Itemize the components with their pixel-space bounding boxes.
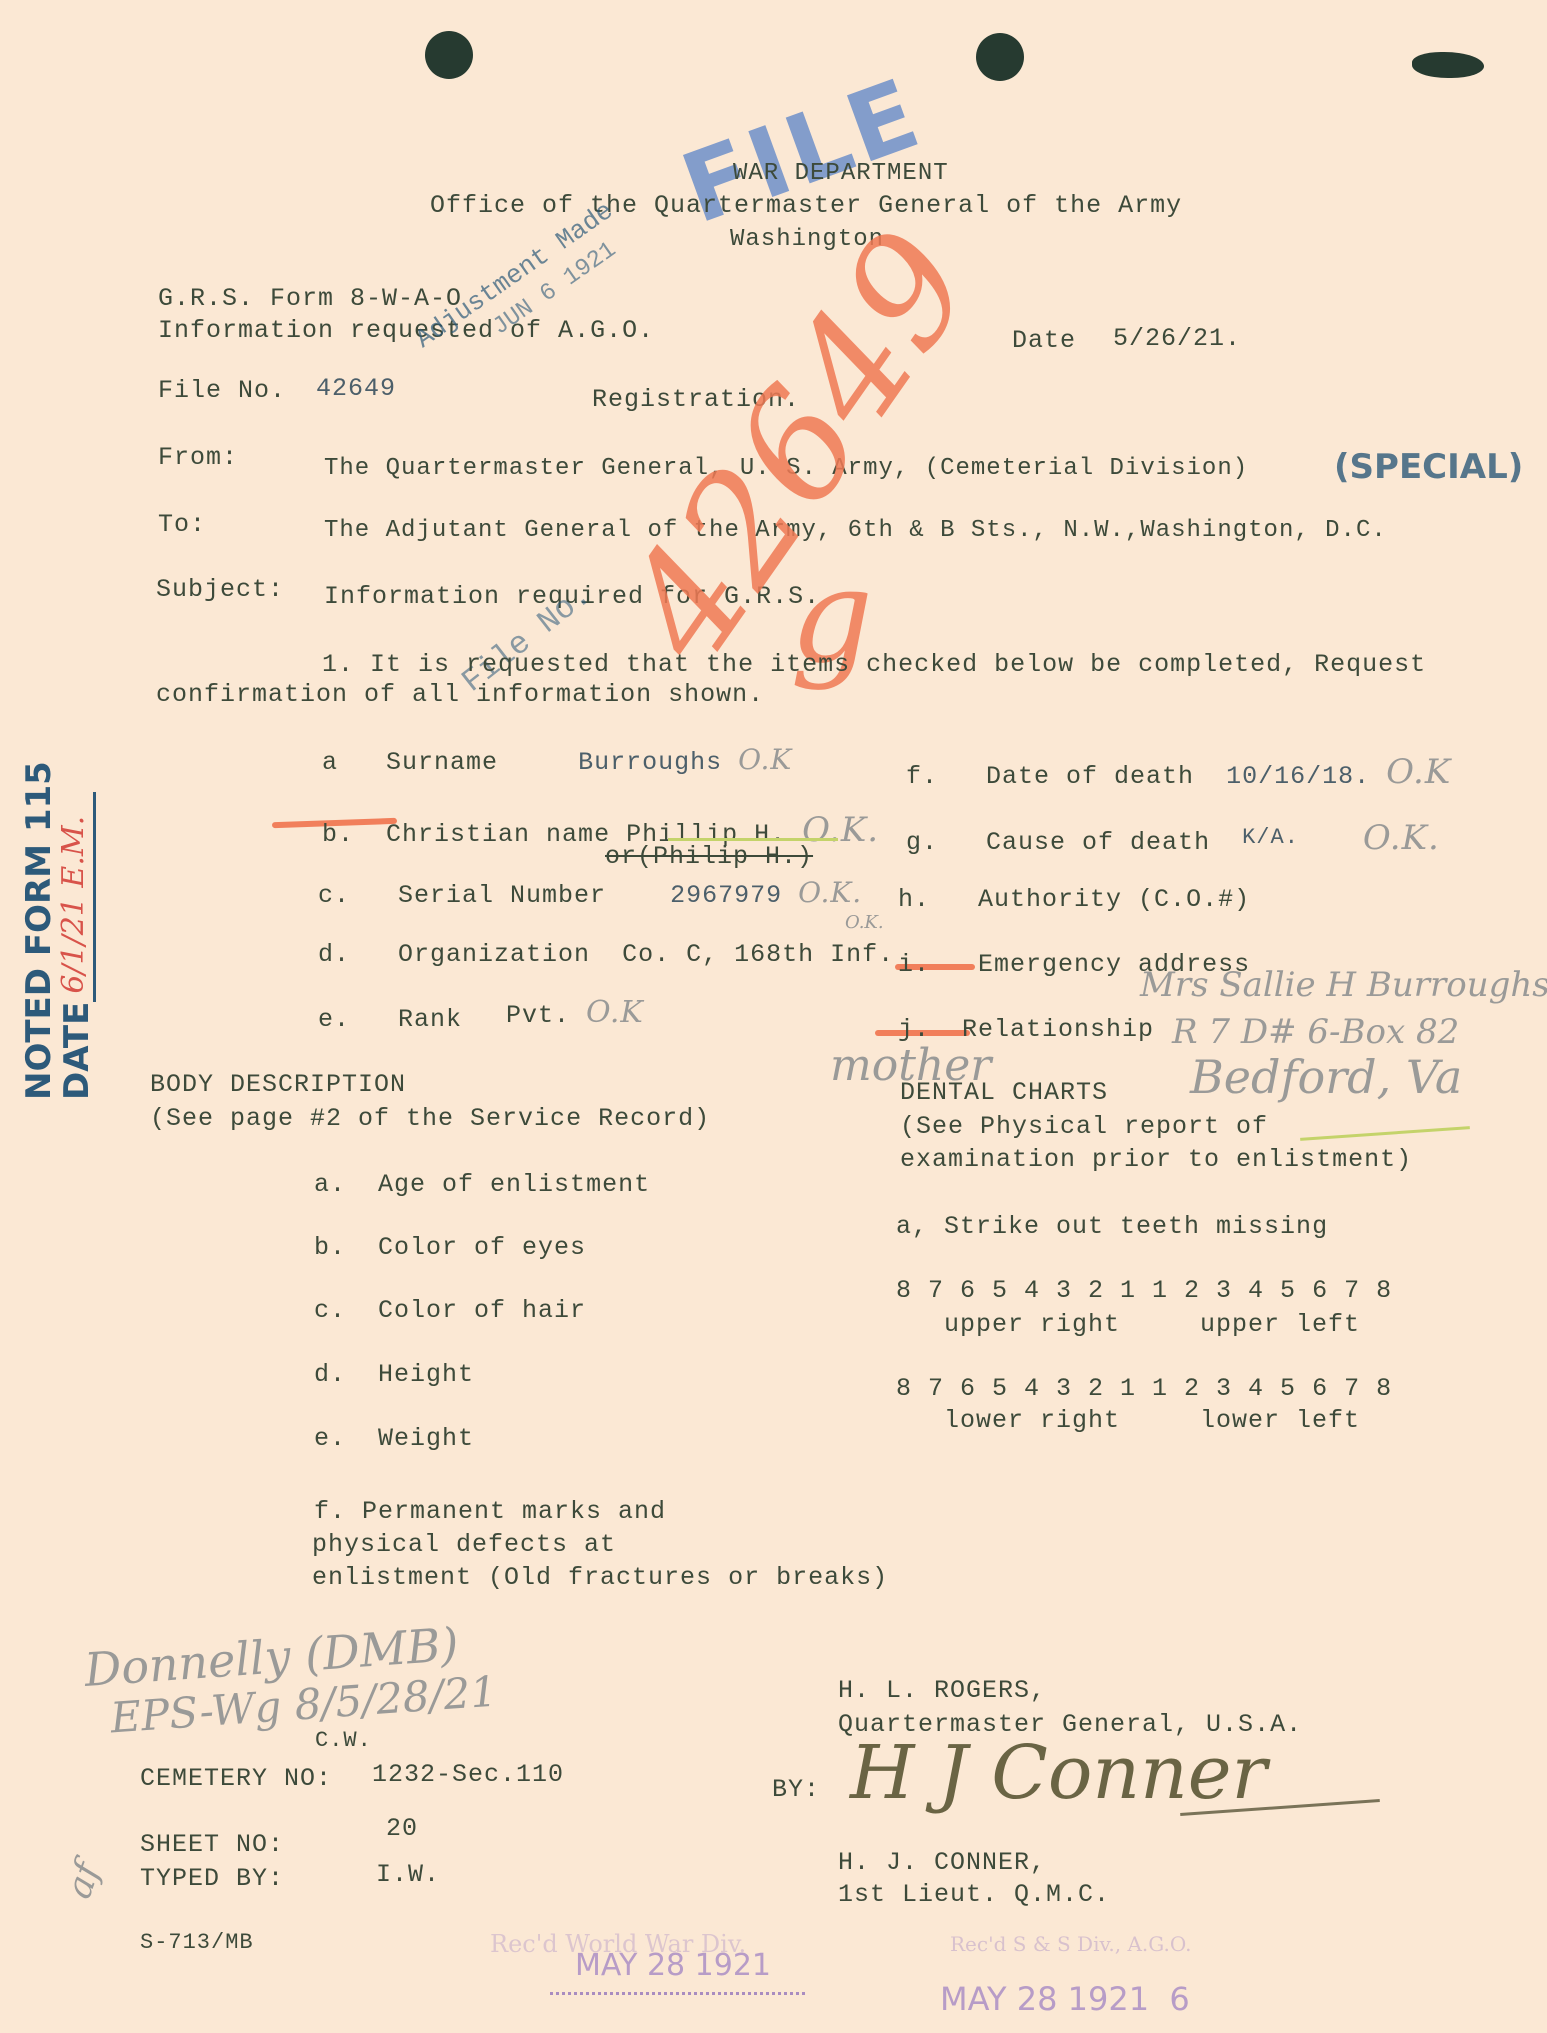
date-label: Date — [1012, 326, 1076, 355]
dental-subtitle-line-1: (See Physical report of — [900, 1112, 1268, 1141]
recd-world-war-stamp-date: MAY 28 1921 — [575, 1948, 771, 1983]
dental-instruction: a, Strike out teeth missing — [896, 1212, 1328, 1241]
body-description-subtitle: (See page #2 of the Service Record) — [150, 1104, 710, 1133]
reference-code: S-713/MB — [140, 1930, 254, 1955]
file-no-value: 42649 — [316, 374, 396, 403]
item-label: Organization — [398, 940, 590, 969]
item-label: Age of enlistment — [378, 1170, 650, 1199]
initials-mark: af — [58, 1857, 108, 1904]
item-authority: h. Authority (C.O.#) — [898, 885, 1250, 914]
form-id: G.R.S. Form 8-W-A-O — [158, 284, 462, 313]
to-label: To: — [158, 510, 206, 539]
ok-check: O.K. — [798, 876, 862, 909]
item-label: Date of death — [986, 762, 1194, 791]
item-label: Weight — [378, 1424, 474, 1453]
department-title: WAR DEPARTMENT — [733, 160, 949, 187]
item-letter: b. — [322, 820, 354, 849]
item-rank: e. Rank — [318, 1005, 462, 1034]
paragraph-1-line-1: 1. It is requested that the items checke… — [322, 650, 1426, 679]
item-surname: a Surname Burroughs O.K — [322, 743, 792, 777]
typed-by-value: I.W. — [376, 1860, 440, 1889]
noted-date-line: 6/1/21 E.M. — [93, 792, 96, 1002]
agent-title: 1st Lieut. Q.M.C. — [838, 1880, 1110, 1909]
item-letter: h. — [898, 885, 930, 914]
address-city: Bedford, Va — [1190, 1050, 1462, 1104]
organization-value: Co. C, 168th Inf. — [622, 940, 894, 969]
item-letter: c. — [318, 881, 350, 910]
special-stamp: (SPECIAL) — [1334, 447, 1523, 487]
body-item-hair: c. Color of hair — [314, 1296, 586, 1325]
ink-blot — [1412, 52, 1484, 78]
item-label: Color of hair — [378, 1296, 586, 1325]
dental-title: DENTAL CHARTS — [900, 1078, 1108, 1107]
ok-check: O.K. — [802, 810, 879, 850]
body-description-title: BODY DESCRIPTION — [150, 1070, 406, 1099]
body-item-marks-line-1: f. Permanent marks and — [314, 1497, 666, 1526]
body-item-marks-line-3: enlistment (Old fractures or breaks) — [312, 1563, 888, 1592]
paragraph-1-line-2: confirmation of all information shown. — [156, 680, 764, 709]
body-item-weight: e. Weight — [314, 1424, 474, 1453]
ok-check-organization: O.K. — [845, 912, 884, 933]
date-value: 5/26/21. — [1113, 324, 1241, 353]
cemetery-value: 1232-Sec.110 — [372, 1760, 564, 1789]
item-label: Authority (C.O.#) — [978, 885, 1250, 914]
sheet-value: 20 — [386, 1814, 418, 1843]
punch-hole-right — [976, 33, 1024, 81]
recd-world-war-dotted-line — [550, 1992, 805, 1995]
office-title: Office of the Quartermaster General of t… — [430, 191, 1182, 220]
noted-form-stamp: NOTED FORM 115 DATE 6/1/21 E.M. — [20, 761, 96, 1100]
upper-teeth-labels: upper right upper left — [944, 1310, 1360, 1339]
ok-check: O.K — [738, 743, 792, 776]
item-organization: d. Organization Co. C, 168th Inf. — [318, 940, 894, 969]
rank-value: Pvt. O.K — [506, 995, 644, 1030]
punch-hole-left — [425, 31, 473, 79]
item-letter: c. — [314, 1296, 346, 1325]
item-label: Surname — [386, 748, 498, 777]
item-label: Color of eyes — [378, 1233, 586, 1262]
highlight-line — [1300, 1126, 1470, 1141]
item-label: Rank — [398, 1005, 462, 1034]
item-letter: e. — [318, 1005, 350, 1034]
lower-teeth-labels: lower right lower left — [944, 1406, 1360, 1435]
cause-of-death-value: K/A. — [1242, 825, 1299, 850]
item-letter: a. — [314, 1170, 346, 1199]
christian-name-alt: or(Philip H.) — [605, 842, 813, 871]
cemetery-label: CEMETERY NO: — [140, 1764, 332, 1793]
address-line-2: R 7 D# 6-Box 82 — [1172, 1012, 1459, 1052]
item-label: Serial Number — [398, 881, 606, 910]
body-item-age: a. Age of enlistment — [314, 1170, 650, 1199]
info-requested: Information requested of A.G.O. — [158, 316, 654, 345]
recd-ss-div-stamp-date: MAY 28 1921 6 — [940, 1980, 1190, 2018]
noted-date-label: DATE — [58, 1002, 96, 1100]
ok-check: O.K — [1386, 752, 1451, 792]
file-no-label: File No. — [158, 376, 286, 405]
noted-form-text: NOTED FORM 115 — [20, 761, 58, 1100]
item-label: Christian name — [386, 820, 610, 849]
item-letter: i. — [898, 950, 930, 979]
item-label: Cause of death — [986, 828, 1210, 857]
item-letter: e. — [314, 1424, 346, 1453]
ok-check: O.K — [586, 995, 644, 1030]
item-cause-of-death: g. Cause of death K/A. O.K. — [906, 818, 1440, 858]
signature: H J Conner — [850, 1730, 1267, 1816]
item-letter: g. — [906, 828, 938, 857]
item-letter: d. — [314, 1360, 346, 1389]
body-item-eyes: b. Color of eyes — [314, 1233, 586, 1262]
agent-name: H. J. CONNER, — [838, 1848, 1046, 1877]
item-letter: d. — [318, 940, 350, 969]
surname-value: Burroughs — [578, 748, 722, 777]
rank-text: Pvt. — [506, 1001, 570, 1030]
item-serial-number: c. Serial Number 2967979 O.K. — [318, 876, 862, 910]
item-letter: a — [322, 748, 338, 777]
serial-number-value: 2967979 — [670, 881, 782, 910]
body-item-marks-line-2: physical defects at — [312, 1530, 616, 1559]
cw-label: C.W. — [315, 1728, 372, 1753]
subject-label: Subject: — [156, 575, 284, 604]
upper-teeth-numbers[interactable]: 8 7 6 5 4 3 2 1 1 2 3 4 5 6 7 8 — [896, 1276, 1392, 1305]
sheet-label: SHEET NO: — [140, 1830, 284, 1859]
emergency-address-value: Mrs Sallie H Burroughs — [1140, 965, 1547, 1005]
highlight-line — [668, 838, 838, 841]
item-letter: b. — [314, 1233, 346, 1262]
body-item-height: d. Height — [314, 1360, 474, 1389]
date-of-death-value: 10/16/18. — [1226, 762, 1370, 791]
dental-subtitle-line-2: examination prior to enlistment) — [900, 1145, 1412, 1174]
item-letter: f. — [906, 762, 938, 791]
typed-by-label: TYPED BY: — [140, 1864, 284, 1893]
signer-name: H. L. ROGERS, — [838, 1676, 1046, 1705]
recd-ss-div-stamp-label: Rec'd S & S Div., A.G.O. — [950, 1932, 1191, 1956]
ok-check: O.K. — [1363, 818, 1440, 858]
from-label: From: — [158, 443, 238, 472]
by-label: BY: — [772, 1775, 820, 1804]
item-label: Height — [378, 1360, 474, 1389]
lower-teeth-numbers[interactable]: 8 7 6 5 4 3 2 1 1 2 3 4 5 6 7 8 — [896, 1374, 1392, 1403]
item-date-of-death: f. Date of death 10/16/18. O.K — [906, 752, 1451, 792]
noted-date-value: 6/1/21 E.M. — [56, 816, 91, 994]
